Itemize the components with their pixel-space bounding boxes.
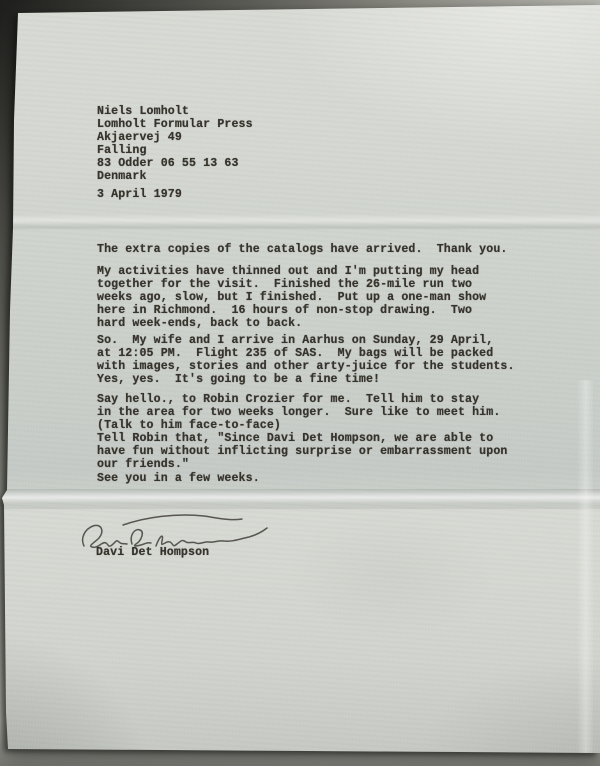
lower-fold-crease bbox=[0, 489, 600, 509]
paragraph-robin-crozier: Say hello., to Robin Crozier for me. Tel… bbox=[97, 393, 508, 471]
upper-fold-crease bbox=[0, 214, 600, 230]
paragraph-activities: My activities have thinned out and I'm p… bbox=[97, 265, 486, 330]
typed-signature-name: Davi Det Hompson bbox=[96, 546, 209, 559]
paper-shadow-wrapper: Niels Lomholt Lomholt Formular Press Akj… bbox=[0, 0, 600, 766]
letter-date: 3 April 1979 bbox=[97, 188, 182, 201]
paragraph-catalogs: The extra copies of the catalogs have ar… bbox=[97, 243, 508, 256]
sender-address-block: Niels Lomholt Lomholt Formular Press Akj… bbox=[97, 105, 253, 183]
paragraph-arrival: So. My wife and I arrive in Aarhus on Su… bbox=[97, 334, 515, 386]
right-edge-sheen bbox=[577, 380, 593, 754]
letter-paper: Niels Lomholt Lomholt Formular Press Akj… bbox=[0, 0, 600, 766]
letter-photograph: Niels Lomholt Lomholt Formular Press Akj… bbox=[0, 0, 600, 766]
closing-line: See you in a few weeks. bbox=[97, 472, 260, 485]
